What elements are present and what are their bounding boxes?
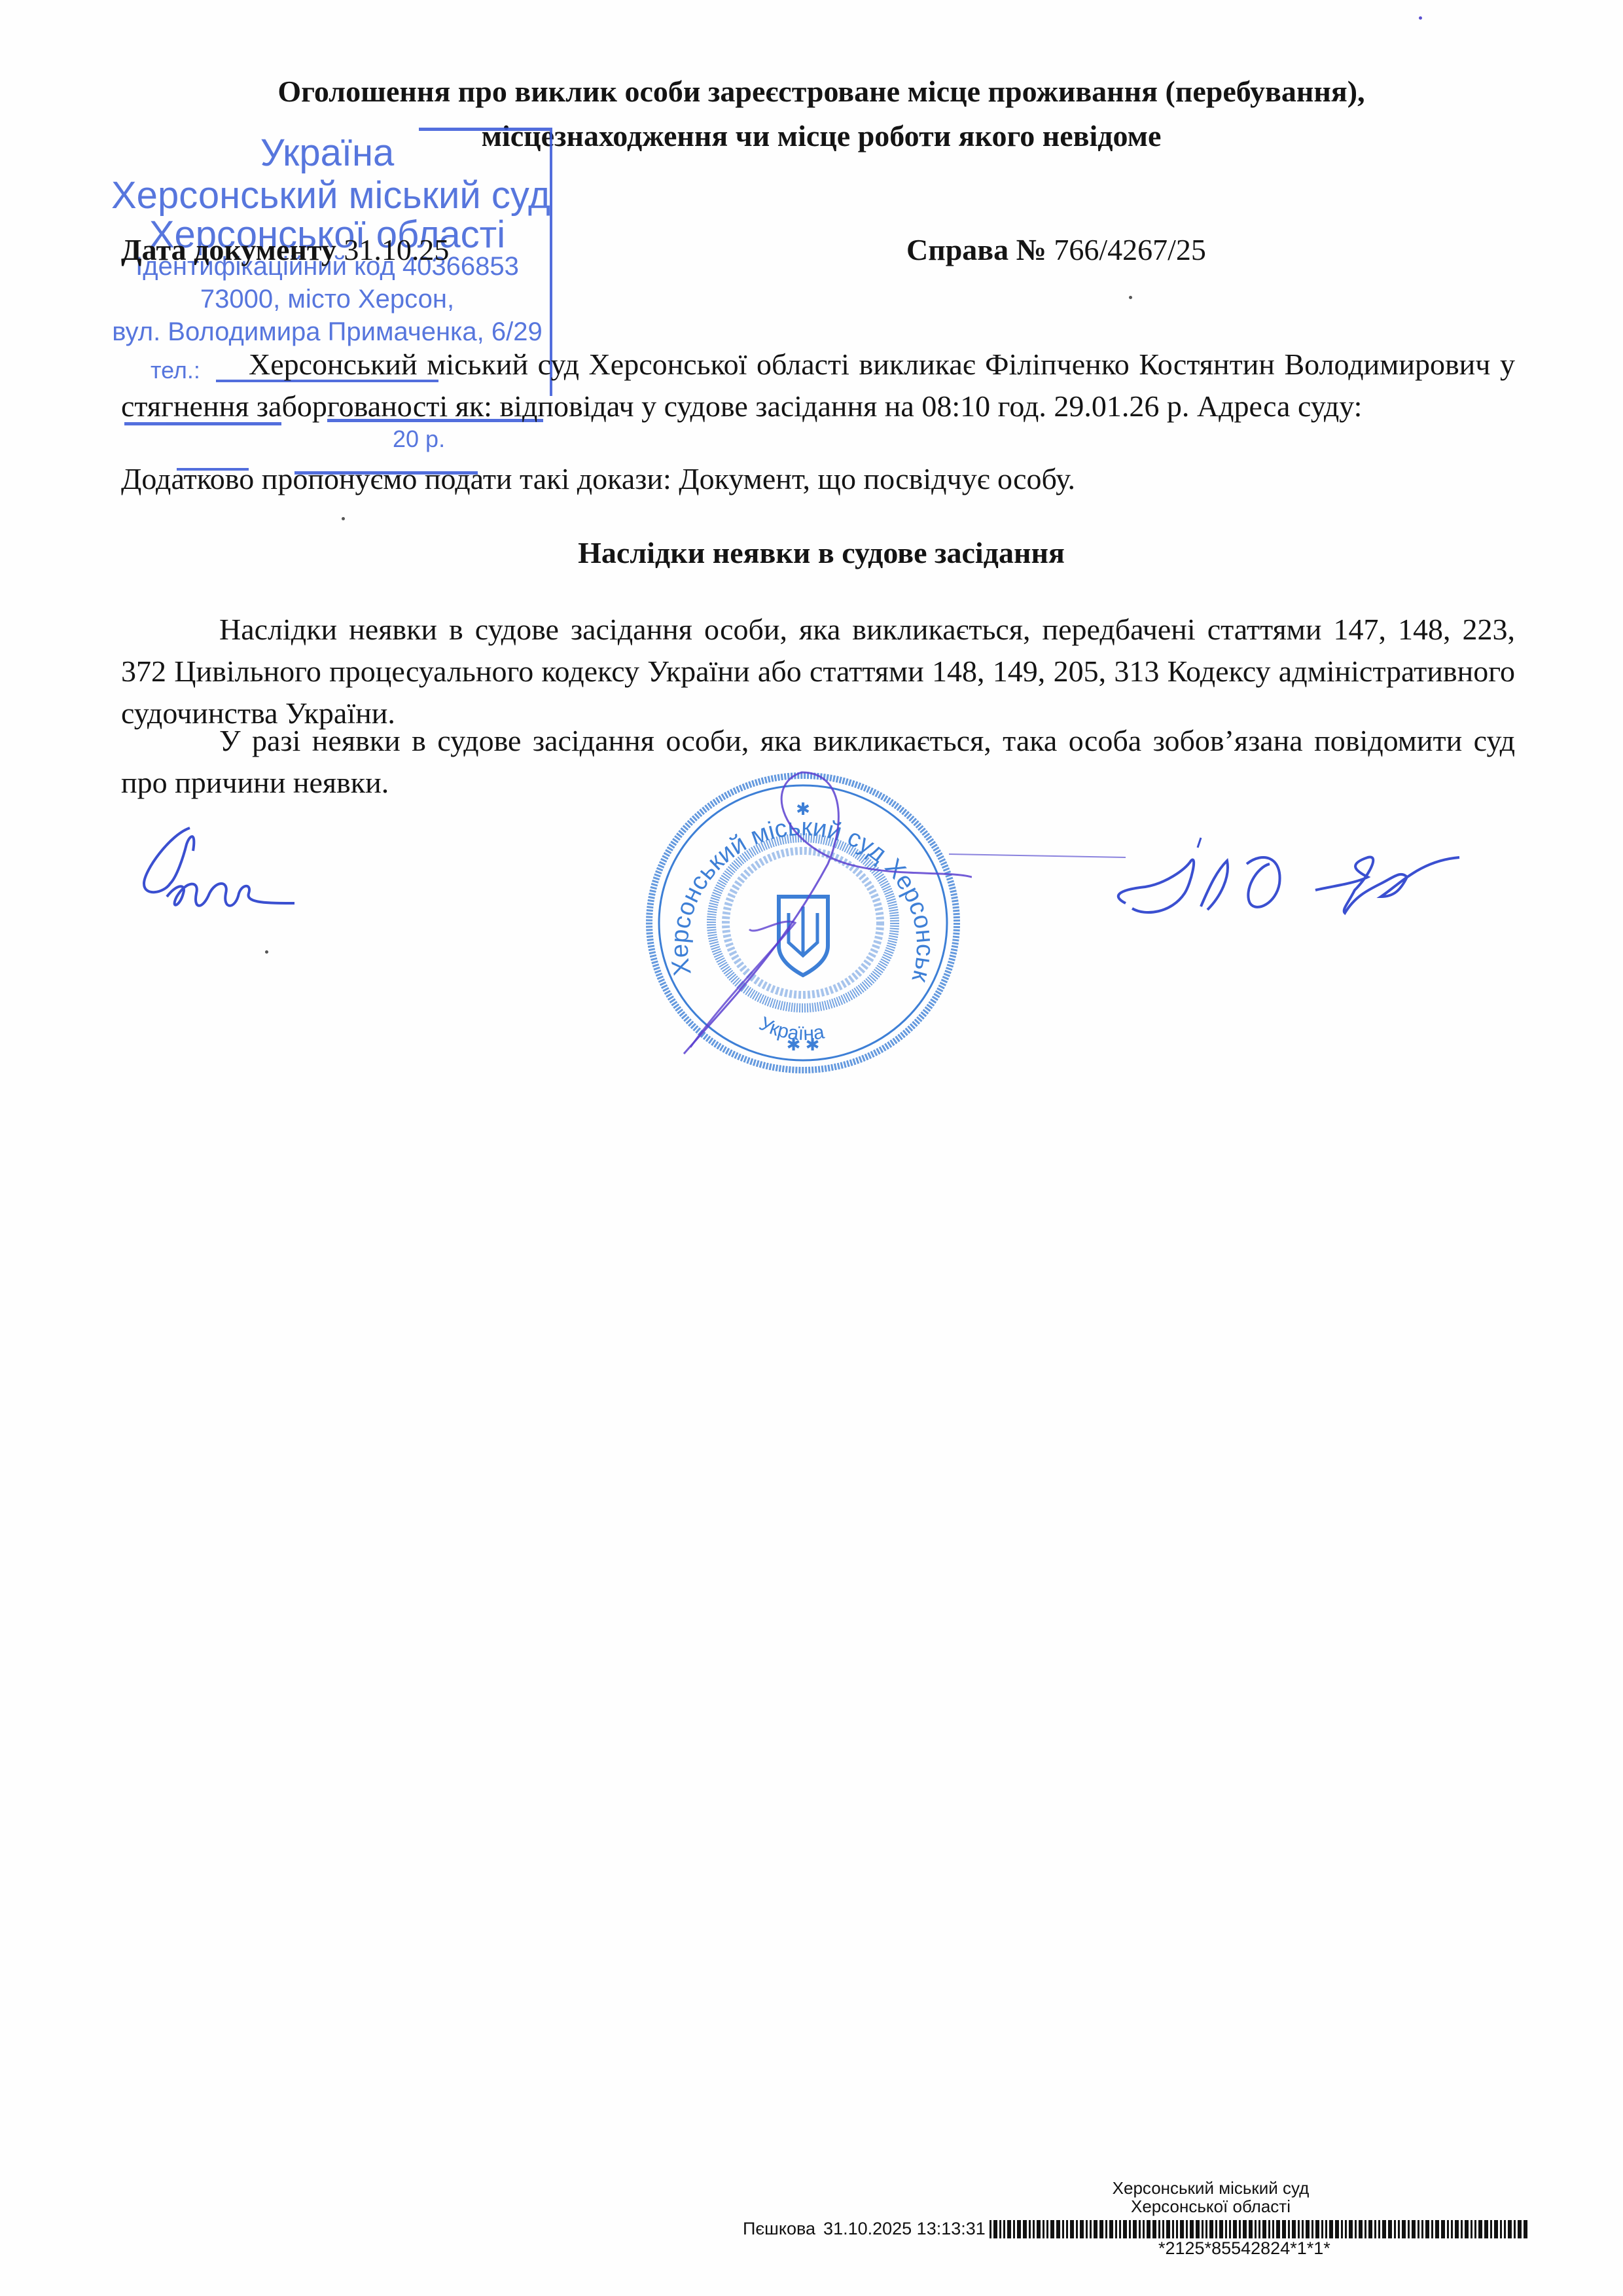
notify-text: У разі неявки в судове засідання особи, … bbox=[121, 724, 1515, 799]
document-date-value: 31.10.25 bbox=[344, 233, 449, 266]
summons-text: Херсонський міський суд Херсонської обла… bbox=[121, 348, 1515, 423]
official-round-seal: Херсонський міський суд Херсонської обла… bbox=[632, 766, 972, 1073]
consequences-text: Наслідки неявки в судове засідання особи… bbox=[121, 613, 1515, 730]
signature-judge-label bbox=[131, 818, 308, 923]
stamp-year: 20 р. bbox=[393, 425, 445, 453]
document-date-label: Дата документу bbox=[121, 233, 336, 266]
document-date: Дата документу 31.10.25 bbox=[121, 232, 449, 267]
case-number-value: 766/4267/25 bbox=[1054, 233, 1206, 266]
footer-court-region: Херсонської області bbox=[1067, 2197, 1355, 2216]
document-title-line1: Оголошення про виклик особи зареєстрован… bbox=[118, 72, 1525, 111]
scan-speck bbox=[265, 950, 268, 954]
svg-text:Україна: Україна bbox=[756, 1013, 826, 1045]
scan-speck bbox=[342, 517, 345, 520]
summons-paragraph: Херсонський міський суд Херсонської обла… bbox=[121, 344, 1515, 427]
footer-timestamp: 31.10.2025 13:13:31 bbox=[823, 2219, 986, 2239]
barcode-icon bbox=[990, 2220, 1529, 2238]
footer-clerk: Пєшкова bbox=[743, 2219, 815, 2239]
stamp-court-name: Херсонський міський суд bbox=[111, 173, 543, 217]
case-number-label: Справа № bbox=[906, 233, 1046, 266]
scan-speck bbox=[1129, 296, 1132, 299]
trident-emblem-icon bbox=[779, 897, 828, 975]
footer-registration-line: Пєшкова 31.10.2025 13:13:31 bbox=[743, 2219, 1529, 2239]
notify-paragraph: У разі неявки в судове засідання особи, … bbox=[121, 720, 1515, 804]
case-number: Справа № 766/4267/25 bbox=[906, 232, 1206, 267]
stamp-street: вул. Володимира Примаченка, 6/29 bbox=[111, 317, 543, 347]
consequences-paragraph: Наслідки неявки в судове засідання особи… bbox=[121, 609, 1515, 734]
document-title-line2: місцезнаходження чи місце роботи якого н… bbox=[118, 117, 1525, 156]
document-page: Оголошення про виклик особи зареєстрован… bbox=[0, 0, 1623, 2296]
section-heading: Наслідки неявки в судове засідання bbox=[118, 535, 1525, 570]
signature-judge bbox=[949, 831, 1472, 923]
scan-speck bbox=[1419, 16, 1422, 20]
footer-court-name: Херсонський міський суд bbox=[1067, 2178, 1355, 2198]
stamp-city: 73000, місто Херсон, bbox=[111, 285, 543, 314]
evidence-paragraph: Додатково пропонуємо подати такі докази:… bbox=[121, 458, 1515, 500]
svg-text:✱ ✱: ✱ ✱ bbox=[787, 1035, 820, 1054]
barcode-text: *2125*85542824*1*1* bbox=[1158, 2238, 1330, 2259]
